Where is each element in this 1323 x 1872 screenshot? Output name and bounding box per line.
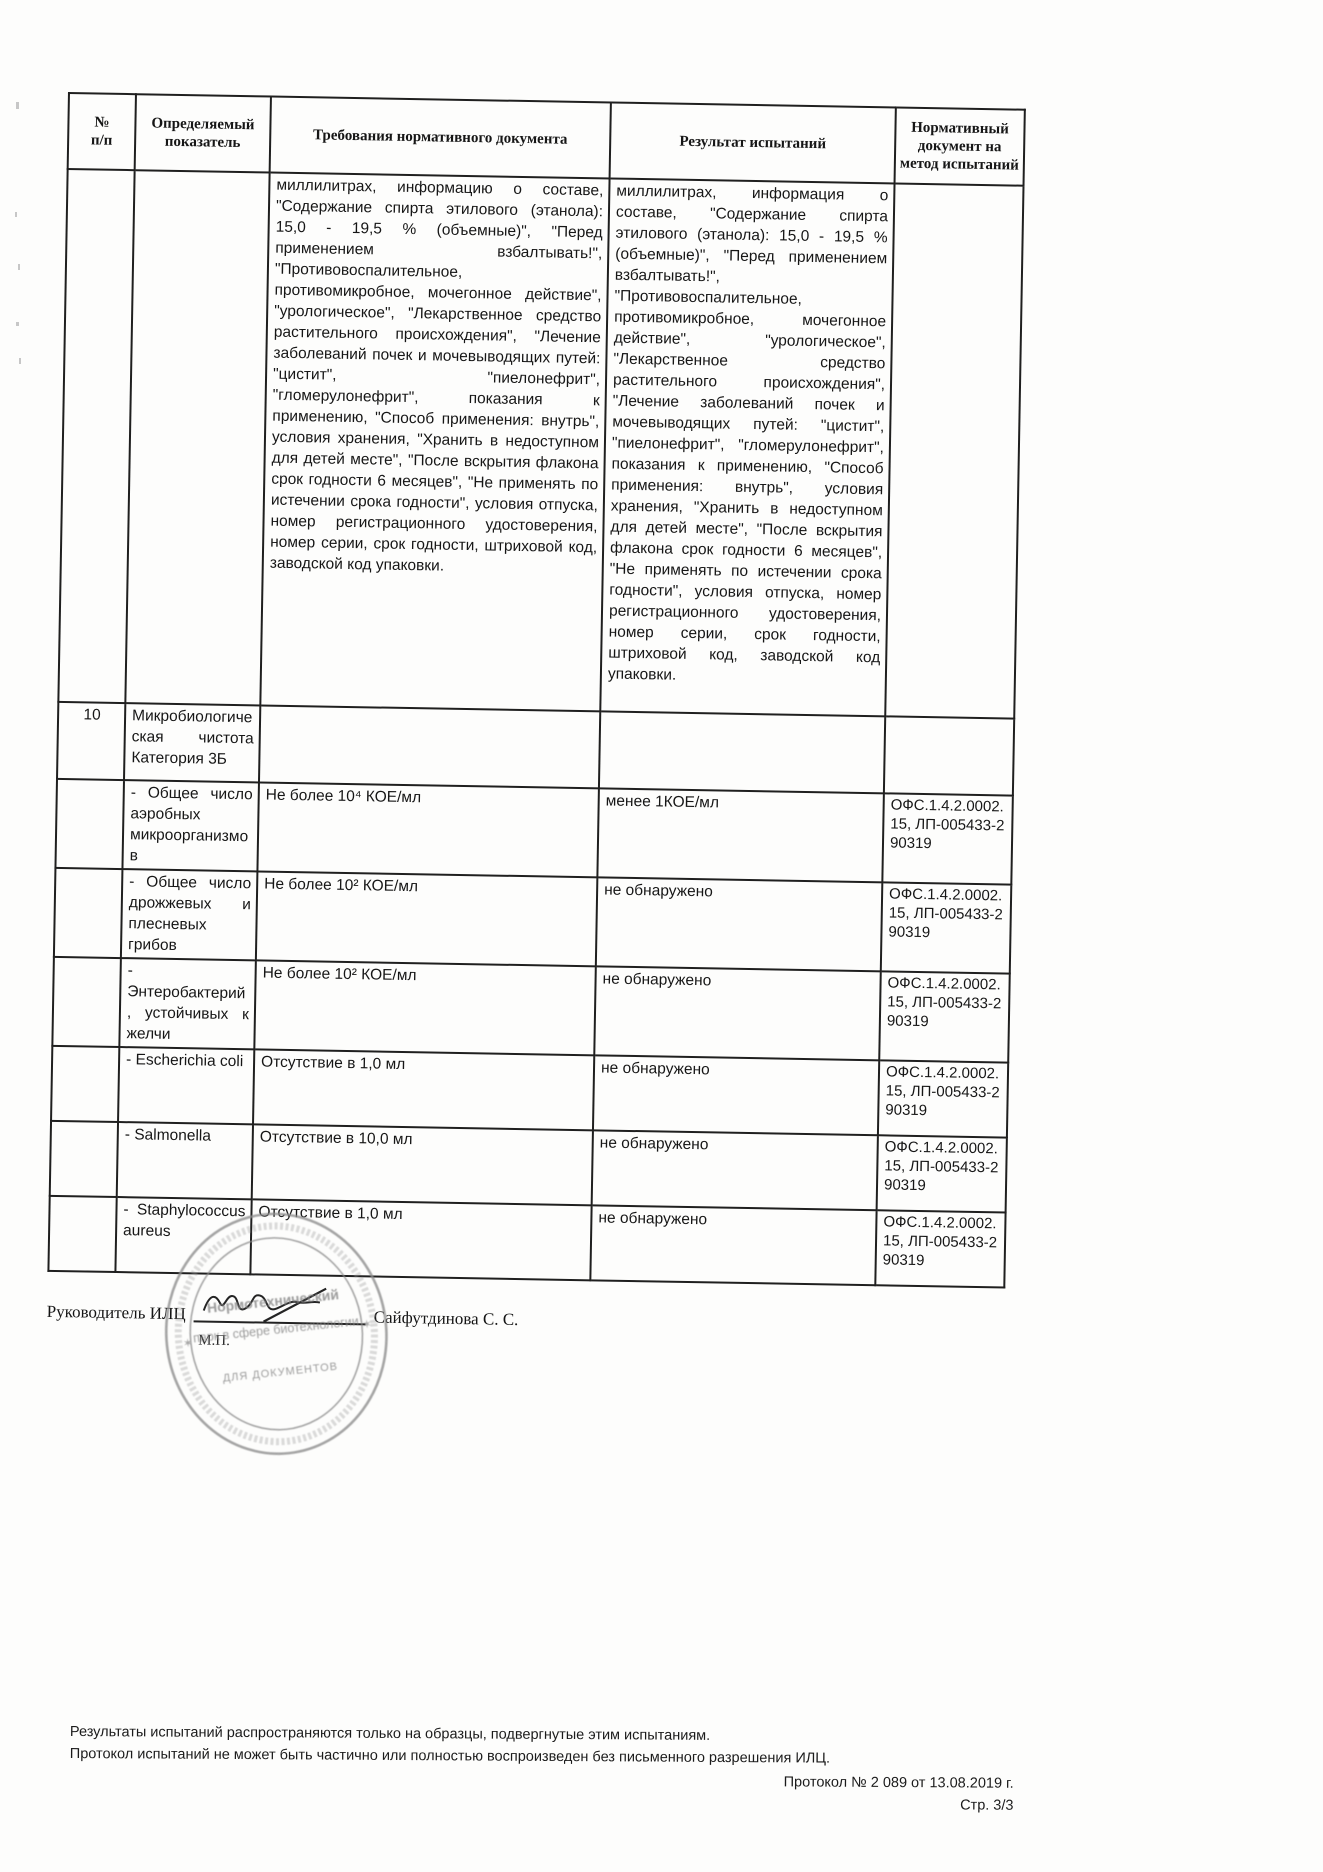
indicator-cell: - Энтеробактерий, устойчивых к желчи bbox=[119, 958, 256, 1049]
scan-artifact bbox=[15, 212, 17, 217]
stamp-text-line1: Нормотехнический bbox=[206, 1286, 339, 1316]
result-cell: не обнаружено bbox=[592, 1130, 878, 1210]
empty-cell bbox=[125, 170, 269, 705]
scan-artifact bbox=[18, 264, 20, 270]
indicator-cell: - Общее число дрожжевых и плесневых гриб… bbox=[121, 869, 258, 960]
col-header-num: № п/п bbox=[68, 93, 136, 170]
test-results-table: № п/п Определяемый показатель Требования… bbox=[47, 92, 1025, 1289]
round-stamp: ✶ ✶ Нормотехнический парк в сфере биотех… bbox=[146, 1194, 407, 1473]
scan-artifact bbox=[16, 102, 19, 109]
result-cell bbox=[599, 711, 885, 793]
normdoc-cell: ОФС.1.4.2.0002.15, ЛП-005433-290319 bbox=[879, 971, 1010, 1062]
result-cell: не обнаружено bbox=[594, 966, 881, 1060]
table-row: - Энтеробактерий, устойчивых к желчи Не … bbox=[52, 957, 1009, 1063]
footer-note-2: Протокол испытаний не может быть частичн… bbox=[70, 1743, 1014, 1770]
row-number bbox=[50, 1121, 118, 1197]
normdoc-cell: ОФС.1.4.2.0002.15, ЛП-005433-290319 bbox=[875, 1210, 1005, 1287]
signatory-name: Сайфутдинова С. С. bbox=[374, 1308, 519, 1331]
row-number bbox=[52, 957, 121, 1047]
requirement-cell: Не более 10² КОЕ/мл bbox=[254, 960, 596, 1055]
table-row: - Общее число дрожжевых и плесневых гриб… bbox=[54, 868, 1011, 974]
row-number bbox=[54, 868, 123, 958]
scan-artifact bbox=[16, 322, 19, 326]
scanned-protocol-page: № п/п Определяемый показатель Требования… bbox=[0, 0, 1323, 1872]
normdoc-cell: ОФС.1.4.2.0002.15, ЛП-005433-290319 bbox=[881, 882, 1012, 973]
svg-text:✶: ✶ bbox=[361, 1317, 372, 1332]
document-body: № п/п Определяемый показатель Требования… bbox=[46, 92, 1028, 1364]
requirement-text-block: миллилитрах, информацию о составе, "Соде… bbox=[260, 173, 609, 712]
result-cell: не обнаружено bbox=[596, 877, 883, 971]
row-number bbox=[48, 1196, 116, 1272]
indicator-cell: - Escherichia coli bbox=[118, 1047, 254, 1124]
normdoc-cell bbox=[884, 716, 1014, 795]
scan-artifact bbox=[19, 358, 21, 364]
indicator-cell: - Salmonella bbox=[117, 1122, 253, 1199]
row-number bbox=[51, 1046, 119, 1122]
empty-cell bbox=[58, 169, 134, 703]
result-cell: менее 1КОЕ/мл bbox=[597, 788, 884, 882]
requirement-cell bbox=[259, 705, 600, 788]
normdoc-cell: ОФС.1.4.2.0002.15, ЛП-005433-290319 bbox=[877, 1135, 1007, 1212]
empty-cell bbox=[885, 183, 1023, 718]
result-cell: не обнаружено bbox=[593, 1055, 879, 1135]
result-cell: не обнаружено bbox=[590, 1205, 876, 1285]
indicator-cell: Микробиологическая чистота Категория 3Б bbox=[124, 703, 260, 782]
requirement-cell: Отсутствие в 10,0 мл bbox=[252, 1124, 593, 1205]
indicator-cell: - Общее число аэробных микроорганизмов bbox=[122, 780, 259, 871]
table-row: - Общее число аэробных микроорганизмов Н… bbox=[55, 779, 1012, 885]
stamp-text-line2: парк в сфере биотехнологии bbox=[192, 1314, 359, 1345]
table-row-continuation: миллилитрах, информацию о составе, "Соде… bbox=[58, 169, 1023, 719]
svg-text:✶: ✶ bbox=[182, 1336, 193, 1351]
footer: Результаты испытаний распространяются то… bbox=[69, 1722, 1014, 1817]
col-header-normdoc: Нормативный документ на метод испытаний bbox=[895, 107, 1025, 185]
result-text-block: миллилитрах, информация о составе, "Соде… bbox=[600, 178, 894, 716]
stamp-text-line3: ДЛЯ ДОКУМЕНТОВ bbox=[222, 1361, 338, 1385]
requirement-cell: Не более 10² КОЕ/мл bbox=[256, 871, 598, 966]
row-number: 10 bbox=[57, 702, 125, 780]
normdoc-cell: ОФС.1.4.2.0002.15, ЛП-005433-290319 bbox=[882, 793, 1013, 884]
row-number bbox=[55, 779, 124, 869]
normdoc-cell: ОФС.1.4.2.0002.15, ЛП-005433-290319 bbox=[878, 1060, 1008, 1137]
requirement-cell: Не более 10⁴ КОЕ/мл bbox=[257, 782, 599, 877]
col-header-result: Результат испытаний bbox=[610, 102, 896, 183]
col-header-requirement: Требования нормативного документа bbox=[270, 97, 611, 179]
requirement-cell: Отсутствие в 1,0 мл bbox=[253, 1049, 594, 1130]
col-header-indicator: Определяемый показатель bbox=[135, 94, 271, 172]
